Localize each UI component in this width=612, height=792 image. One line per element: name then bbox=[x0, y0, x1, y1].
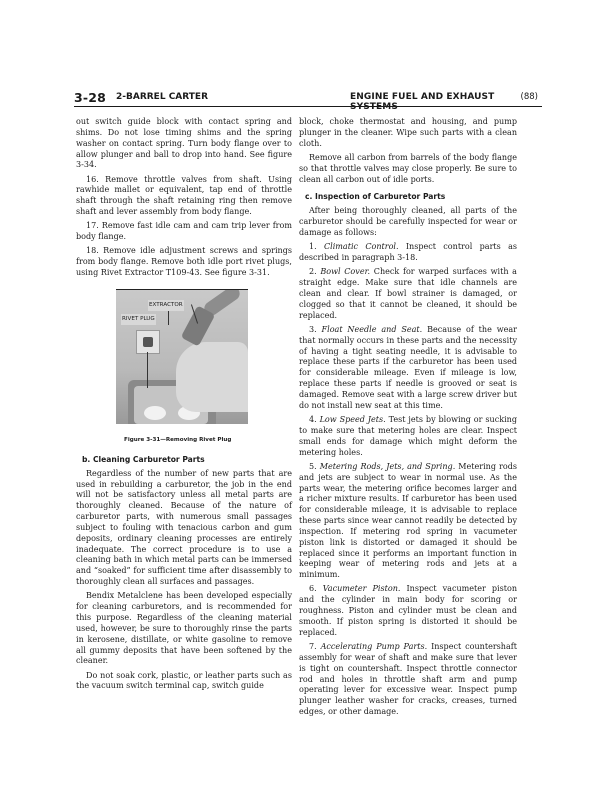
rivet-plug-icon bbox=[143, 337, 153, 347]
item-title: Metering Rods, Jets, and Spring. bbox=[320, 462, 456, 471]
inspection-item: 3. Float Needle and Seat. Because of the… bbox=[299, 325, 517, 412]
paragraph: Regardless of the number of new parts th… bbox=[76, 469, 292, 588]
inspection-item: 1. Climatic Control. Inspect control par… bbox=[299, 242, 517, 264]
figure-label-extractor: EXTRACTOR bbox=[148, 300, 184, 311]
paragraph: After being thoroughly cleaned, all part… bbox=[299, 206, 517, 239]
item-title: Low Speed Jets. bbox=[320, 415, 386, 424]
item-title: Vacumeter Piston. bbox=[323, 584, 401, 593]
step-17: 17. Remove fast idle cam and cam trip le… bbox=[76, 221, 292, 243]
inspection-item: 5. Metering Rods, Jets, and Spring. Mete… bbox=[299, 462, 517, 581]
paragraph: Bendix Metalclene has been developed esp… bbox=[76, 591, 292, 667]
item-title: Accelerating Pump Parts. bbox=[321, 642, 428, 651]
right-column: block, choke thermostat and housing, and… bbox=[299, 117, 517, 721]
paragraph-continued: out switch guide block with contact spri… bbox=[76, 117, 292, 171]
rivet-plug-inset bbox=[136, 330, 160, 354]
paragraph: Do not soak cork, plastic, or leather pa… bbox=[76, 671, 292, 693]
item-title: Float Needle and Seat. bbox=[322, 325, 423, 334]
subhead-cleaning: b. Cleaning Carburetor Parts bbox=[82, 455, 292, 466]
inspection-item: 7. Accelerating Pump Parts. Inspect coun… bbox=[299, 642, 517, 718]
figure-3-31-image: EXTRACTOR RIVET PLUG bbox=[116, 289, 248, 424]
page-code: (88) bbox=[521, 92, 538, 102]
page-header: 3-28 2-BARREL CARTER ENGINE FUEL AND EXH… bbox=[74, 90, 542, 107]
item-title: Bowl Cover. bbox=[320, 267, 370, 276]
hand-shape bbox=[176, 342, 248, 412]
page-number: 3-28 bbox=[74, 90, 106, 105]
section-title: 2-BARREL CARTER bbox=[116, 92, 208, 102]
figure-caption: Figure 3-31—Removing Rivet Plug bbox=[124, 435, 292, 446]
inspection-item: 4. Low Speed Jets. Test jets by blowing … bbox=[299, 415, 517, 458]
inspection-item: 6. Vacumeter Piston. Inspect vacumeter p… bbox=[299, 584, 517, 638]
chapter-title: ENGINE FUEL AND EXHAUST SYSTEMS bbox=[350, 92, 542, 112]
item-title: Climatic Control. bbox=[324, 242, 399, 251]
step-18: 18. Remove idle adjustment screws and sp… bbox=[76, 246, 292, 279]
step-16: 16. Remove throttle valves from shaft. U… bbox=[76, 175, 292, 218]
left-column: out switch guide block with contact spri… bbox=[76, 117, 292, 696]
inspection-item: 2. Bowl Cover. Check for warped surfaces… bbox=[299, 267, 517, 321]
paragraph-continued: block, choke thermostat and housing, and… bbox=[299, 117, 517, 150]
figure-label-rivet-plug: RIVET PLUG bbox=[121, 314, 156, 325]
barrel-hole bbox=[144, 406, 166, 420]
subhead-inspection: c. Inspection of Carburetor Parts bbox=[305, 192, 517, 203]
paragraph: Remove all carbon from barrels of the bo… bbox=[299, 153, 517, 186]
